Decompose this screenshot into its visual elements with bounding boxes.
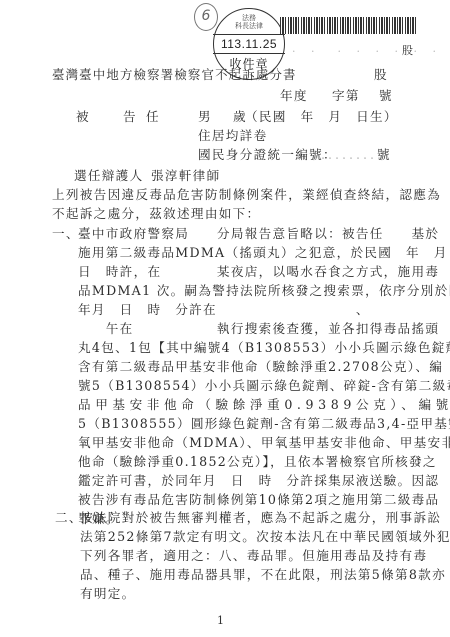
- defendant-id-suffix: 號: [377, 146, 391, 163]
- counsel-name: 張淳軒律師: [151, 167, 220, 184]
- unit-suffix: 股: [374, 66, 388, 83]
- section-2-line: 按法院對於被告無審判權者，應為不起訴之處分，刑事訴訟: [80, 509, 441, 526]
- stamp-office-text: 法務 科長法律: [214, 14, 284, 30]
- page-number: 1: [217, 614, 224, 627]
- defendant-sex: 男: [198, 108, 212, 125]
- defendant-id-redacted: ..........: [314, 146, 384, 163]
- defendant-label-1: 被: [76, 108, 90, 125]
- section-2-line: 有明定。: [80, 585, 136, 602]
- section-1-line: 品MDMA1 次。嗣為警持法院所核發之搜索票，依序分別於同: [78, 282, 450, 299]
- section-1-line: 丸4包、1包【其中編號4（B1308553）小小兵圖示綠色錠劑-: [78, 339, 450, 356]
- section-1-line: 日 時許，在 某夜店，以喝水吞食之方式，施用毒: [78, 263, 439, 280]
- section-1-line: 品甲基安非他命（驗餘淨重0.9389公克）、編號: [78, 396, 450, 413]
- defendant-label-2: 告: [123, 108, 137, 125]
- intro-line: 不起訴之處分，茲敘述理由如下：: [52, 205, 260, 222]
- case-char-label: 字第: [332, 87, 360, 104]
- section-1-line: 含有第二級毒品甲基安非他命（驗餘淨重2.2708公克）、編: [78, 358, 443, 375]
- section-1-line: 年月 日 時 分許在 、: [78, 301, 370, 318]
- defendant-residence: 住居均詳卷: [198, 127, 267, 144]
- stamp-date: 113.11.25: [213, 34, 285, 54]
- barcode-unit-label: 股: [402, 42, 414, 59]
- section-1-line: 鑑定許可書，於同年月 日 時 分許採集尿液送驗。因認: [78, 472, 439, 489]
- intro-line: 上列被告因違反毒品危害防制條例案件，業經偵查終結，認應為: [52, 186, 441, 203]
- section-1-line: 氧甲基安非他命（MDMA）、甲氧基甲基安非他命、甲基安非: [78, 434, 450, 451]
- case-year-label: 年度: [280, 87, 308, 104]
- section-2-line: 法第252條第7款定有明文。次按本法凡在中華民國領域外犯: [80, 528, 450, 545]
- section-2-marker: 二、: [55, 509, 83, 526]
- section-1-line: 他命（驗餘淨重0.1852公克）】，且依本署檢察官所核發之: [78, 453, 437, 470]
- section-1-line: 午在 執行搜索後查獲，並各扣得毒品搖頭: [78, 320, 439, 337]
- document-title: 臺灣臺中地方檢察署檢察官不起訴處分書: [52, 66, 297, 83]
- section-1-line: 臺中市政府警察局 分局報告意旨略以：被告任 基於: [78, 225, 439, 242]
- section-2-line: 品、種子、施用毒品器具罪，不在此限，刑法第5條第8款亦: [80, 566, 446, 583]
- defendant-birth: （民國 年 月 日生）: [245, 108, 398, 125]
- case-number-label: 號: [379, 87, 393, 104]
- section-1-marker: 一、: [52, 225, 80, 242]
- section-1-line: 號5（B1308554）小小兵圖示綠色錠劑、碎錠-含有第二級毒: [78, 377, 450, 394]
- section-1-line: 施用第二級毒品MDMA（搖頭丸）之犯意，於民國 年 月: [78, 244, 448, 261]
- section-1-line: 被告涉有毒品危害防制條例第10條第2項之施用第二級毒品: [78, 491, 439, 508]
- defendant-surname: 任: [146, 108, 160, 125]
- section-1-line: 5（B1308555）圓形綠色錠劑-含有第二級毒品3,4-亞甲基雙: [78, 415, 450, 432]
- counsel-label: 選任辯護人: [74, 167, 143, 184]
- barcode-redacted-text: · · · · · · · · ·: [292, 43, 450, 60]
- section-2-line: 下列各罪者，適用之：八、毒品罪。但施用毒品及持有毒: [80, 547, 427, 564]
- barcode: [280, 17, 416, 34]
